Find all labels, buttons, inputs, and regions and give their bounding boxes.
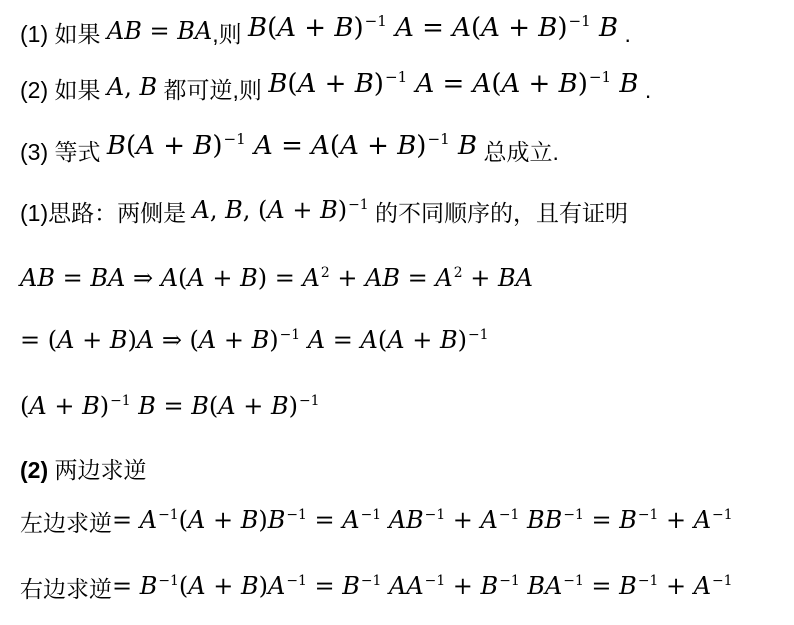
text-segment: 两边求逆 [48,457,146,483]
math-segment: = B−1(A + B)A−1 = B−1 AA−1 + B−1 BA−1 = … [112,572,733,600]
text-segment: 的不同顺序的，且有证明 [369,200,628,226]
derivation-line-2: = (A + B)A ⇒ (A + B)−1 A = A(A + B)−1 [20,320,488,360]
text-segment: . [638,77,651,103]
statement-2: (2) 如果 A, B 都可逆,则 B(A + B)−1 A = A(A + B… [20,64,651,104]
statement-1: (1) 如果 AB = BA,则 B(A + B)−1 A = A(A + B)… [20,8,631,48]
part-2-heading: (2) 两边求逆 [20,450,147,490]
text-segment: (1) 如果 [20,21,107,47]
math-segment: A, B [107,73,157,101]
text-segment: (3) 等式 [20,139,107,165]
text-segment: . [618,21,631,47]
statement-3: (3) 等式 B(A + B)−1 A = A(A + B)−1 B 总成立. [20,126,559,166]
math-segment: B(A + B)−1 A = A(A + B)−1 B [248,13,618,43]
text-segment: 总成立. [477,139,559,165]
math-segment: AB = BA [107,17,212,45]
math-segment: AB = BA ⇒ A(A + B) = A2 + AB = A2 + BA [20,264,533,292]
page: { "document": { "background": "#ffffff",… [0,0,794,625]
math-segment: B(A + B)−1 A = A(A + B)−1 B [268,69,638,99]
text-segment: (2) [20,457,48,483]
math-segment: = A−1(A + B)B−1 = A−1 AB−1 + A−1 BB−1 = … [112,506,733,534]
left-inverse-line: 左边求逆= A−1(A + B)B−1 = A−1 AB−1 + A−1 BB−… [20,500,733,540]
text-segment: 都可逆,则 [157,77,268,103]
text-segment: 右边求逆 [20,576,112,602]
text-segment: (1)思路：两侧是 [20,200,193,226]
analysis-1-intro: (1)思路：两侧是 A, B, (A + B)−1 的不同顺序的，且有证明 [20,190,628,230]
document-body: (1) 如果 AB = BA,则 B(A + B)−1 A = A(A + B)… [0,0,794,625]
math-segment: = (A + B)A ⇒ (A + B)−1 A = A(A + B)−1 [20,326,488,354]
right-inverse-line: 右边求逆= B−1(A + B)A−1 = B−1 AA−1 + B−1 BA−… [20,566,733,606]
derivation-line-1: AB = BA ⇒ A(A + B) = A2 + AB = A2 + BA [20,258,533,298]
math-segment: (A + B)−1 B = B(A + B)−1 [20,392,320,420]
text-segment: ,则 [212,21,248,47]
derivation-line-3: (A + B)−1 B = B(A + B)−1 [20,386,320,426]
math-segment: B(A + B)−1 A = A(A + B)−1 B [107,131,477,161]
text-segment: (2) 如果 [20,77,107,103]
text-segment: 左边求逆 [20,510,112,536]
math-segment: A, B, (A + B)−1 [193,196,369,224]
